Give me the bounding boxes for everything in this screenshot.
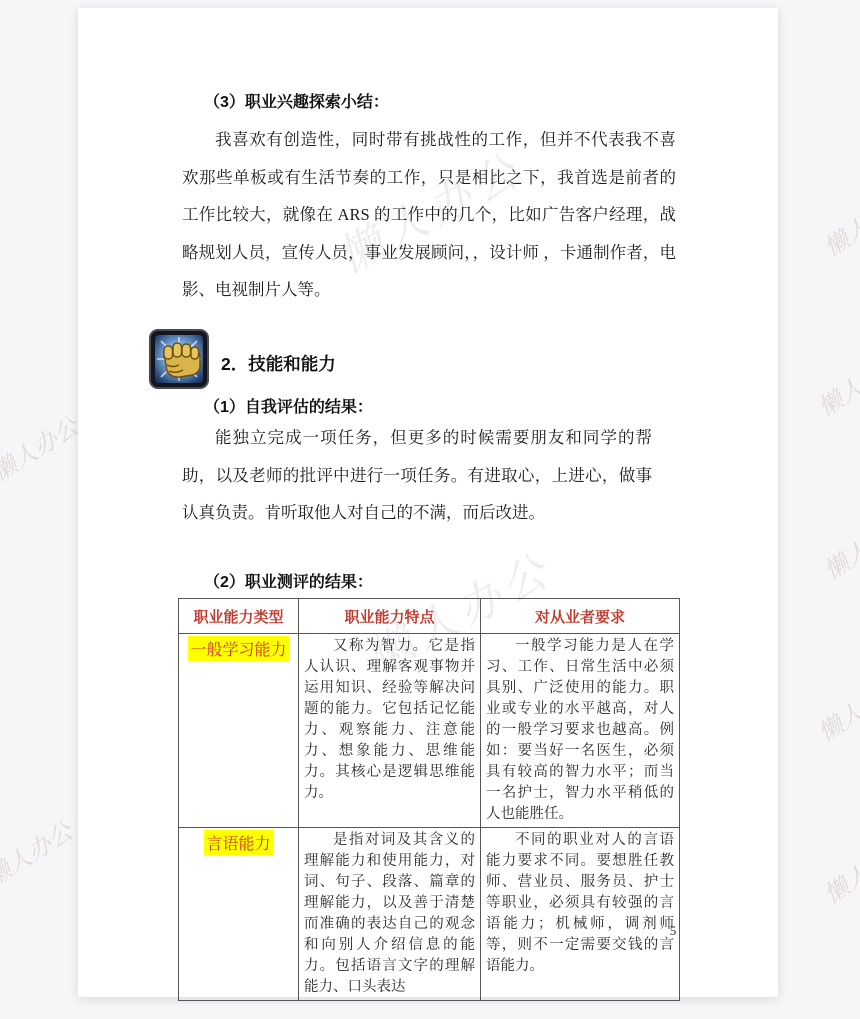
- interest-summary-paragraph: 我喜欢有创造性，同时带有挑战性的工作，但并不代表我不喜欢那些单板或有生活节奏的工…: [182, 121, 676, 309]
- page-number: 5: [663, 923, 683, 939]
- interest-summary-heading: （3）职业兴趣探索小结：: [204, 89, 389, 112]
- ability-table: 职业能力类型 职业能力特点 对从业者要求 一般学习能力 又称为智力。它是指人认识…: [178, 598, 680, 1001]
- watermark-stamp: 懒人办公: [0, 407, 84, 488]
- skills-section-heading: 2．技能和能力: [221, 351, 336, 376]
- highlighted-ability-type: 一般学习能力: [188, 636, 288, 661]
- highlighted-ability-type: 言语能力: [204, 830, 272, 855]
- worker-requirement-cell: 一般学习能力是人在学习、工作、日常生活中必须具别、广泛使用的能力。职业或专业的水…: [481, 634, 680, 828]
- worker-requirement-cell: 不同的职业对人的言语能力要求不同。要想胜任教师、营业员、服务员、护士等职业，必须…: [481, 828, 680, 1001]
- watermark-stamp: 懒人办公: [816, 829, 860, 910]
- worker-requirement-text: 不同的职业对人的言语能力要求不同。要想胜任教师、营业员、服务员、护士等职业，必须…: [486, 830, 674, 977]
- ability-feature-text: 又称为智力。它是指人认识、理解客观事物并运用知识、经验等解决问题的能力。它包括记…: [304, 636, 475, 804]
- col-header-worker-requirement: 对从业者要求: [481, 599, 680, 634]
- worker-requirement-text: 一般学习能力是人在学习、工作、日常生活中必须具别、广泛使用的能力。职业或专业的水…: [486, 636, 674, 825]
- watermark-stamp: 懒人办公: [810, 667, 860, 748]
- ability-type-cell: 一般学习能力: [179, 634, 299, 828]
- table-header-row: 职业能力类型 职业能力特点 对从业者要求: [179, 599, 680, 634]
- col-header-ability-feature: 职业能力特点: [299, 599, 481, 634]
- watermark-stamp: 懒人办公: [816, 182, 860, 263]
- ability-feature-cell: 是指对词及其含义的理解能力和使用能力，对词、句子、段落、篇章的理解能力，以及善于…: [299, 828, 481, 1001]
- document-viewport: { "watermark": { "text": "懒人办公" }, "page…: [0, 0, 860, 1019]
- watermark-stamp: 懒人办公: [0, 812, 78, 893]
- self-eval-heading: （1）自我评估的结果：: [204, 394, 373, 417]
- col-header-ability-type: 职业能力类型: [179, 599, 299, 634]
- table-row: 言语能力 是指对词及其含义的理解能力和使用能力，对词、句子、段落、篇章的理解能力…: [179, 828, 680, 1001]
- skill-fist-icon: [149, 329, 209, 389]
- table-row: 一般学习能力 又称为智力。它是指人认识、理解客观事物并运用知识、经验等解决问题的…: [179, 634, 680, 828]
- watermark-stamp: 懒人办公: [810, 342, 860, 423]
- document-page: 懒人办公 懒人办公 （3）职业兴趣探索小结： 我喜欢有创造性，同时带有挑战性的工…: [78, 8, 778, 997]
- ability-feature-cell: 又称为智力。它是指人认识、理解客观事物并运用知识、经验等解决问题的能力。它包括记…: [299, 634, 481, 828]
- self-eval-paragraph: 能独立完成一项任务，但更多的时候需要朋友和同学的帮助，以及老师的批评中进行一项任…: [182, 419, 652, 532]
- watermark-stamp: 懒人办公: [816, 505, 860, 586]
- test-result-heading: （2）职业测评的结果：: [204, 569, 373, 592]
- ability-type-cell: 言语能力: [179, 828, 299, 1001]
- ability-feature-text: 是指对词及其含义的理解能力和使用能力，对词、句子、段落、篇章的理解能力，以及善于…: [304, 830, 475, 998]
